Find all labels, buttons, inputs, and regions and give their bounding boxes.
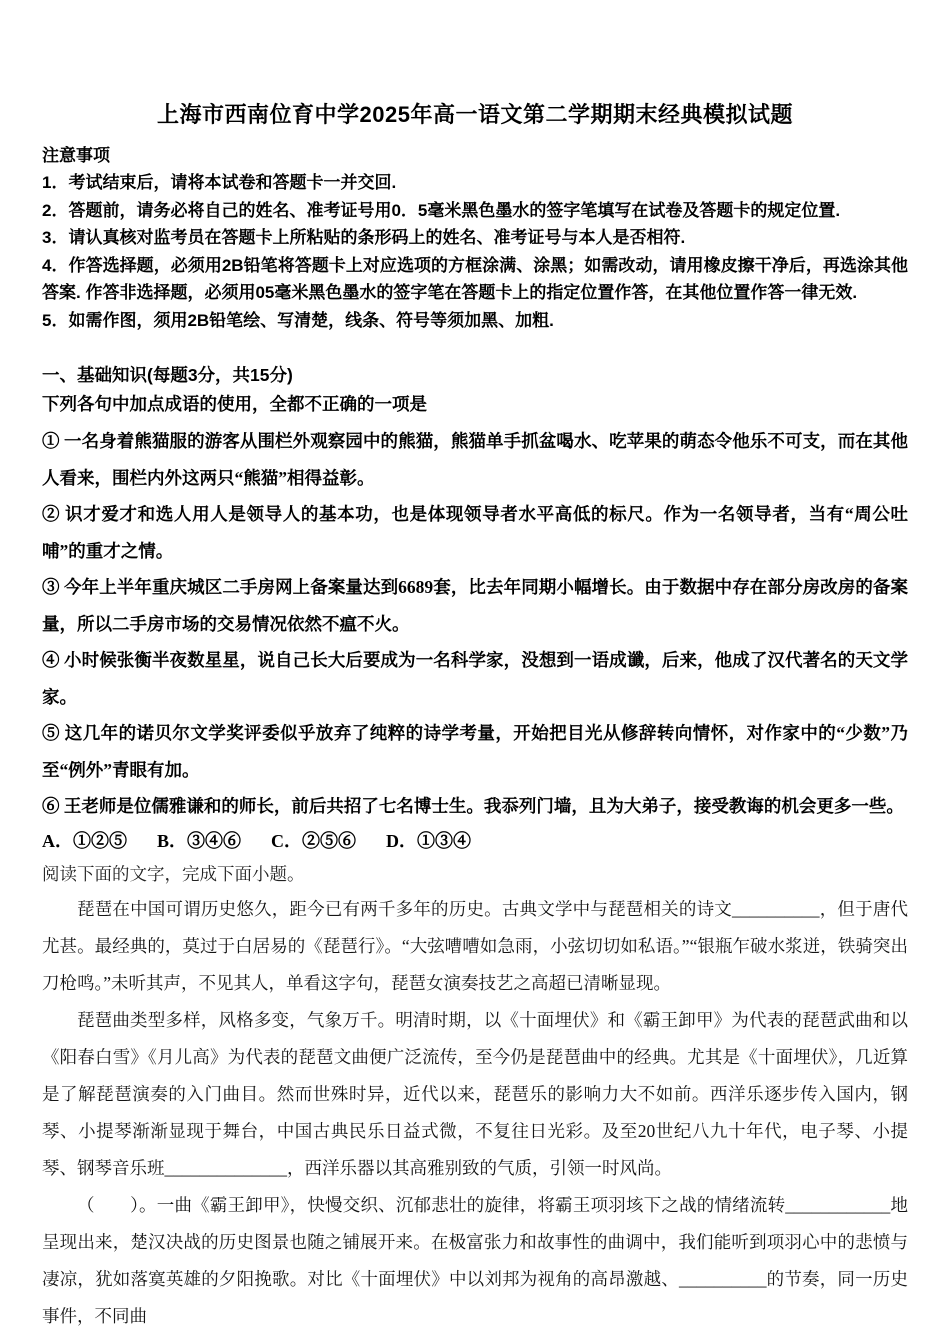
- exam-page: 上海市西南位育中学2025年高一语文第二学期期末经典模拟试题 注意事项 1．考试…: [0, 0, 950, 1344]
- notice-item: 2．答题前，请务必将自己的姓名、准考证号用0．5毫米黑色墨水的签字笔填写在试卷及…: [42, 197, 908, 225]
- page-title: 上海市西南位育中学2025年高一语文第二学期期末经典模拟试题: [42, 100, 908, 130]
- reading-prompt: 阅读下面的文字，完成下面小题。: [42, 858, 908, 891]
- sentence-item: ⑥ 王老师是位儒雅谦和的师长，前后共招了七名博士生。我忝列门墙，且为大弟子，接受…: [42, 788, 908, 825]
- passage-paragraph: （ ）。一曲《霸王卸甲》，快慢交织、沉郁悲壮的旋律，将霸王项羽垓下之战的情绪流转…: [42, 1187, 908, 1335]
- passage-paragraph: 琵琶在中国可谓历史悠久，距今已有两千多年的历史。古典文学中与琵琶相关的诗文___…: [42, 891, 908, 1002]
- section-one-heading: 一、基础知识(每题3分，共15分): [42, 361, 908, 390]
- sentence-item: ③ 今年上半年重庆城区二手房网上备案量达到6689套，比去年同期小幅增长。由于数…: [42, 569, 908, 642]
- sentence-item: ① 一名身着熊猫服的游客从围栏外观察园中的熊猫，熊猫单手抓盆喝水、吃苹果的萌态令…: [42, 423, 908, 496]
- option-b: B．③④⑥: [157, 825, 241, 858]
- notice-item: 1．考试结束后，请将本试卷和答题卡一并交回.: [42, 169, 908, 197]
- notice-item: 4．作答选择题，必须用2B铅笔将答题卡上对应选项的方框涂满、涂黑；如需改动，请用…: [42, 252, 908, 307]
- question-stem: 下列各句中加点成语的使用，全都不正确的一项是: [42, 390, 908, 419]
- idiom-sentences: ① 一名身着熊猫服的游客从围栏外观察园中的熊猫，熊猫单手抓盆喝水、吃苹果的萌态令…: [42, 423, 908, 825]
- answer-options-line: A．①②⑤ B．③④⑥ C．②⑤⑥ D．①③④: [42, 825, 908, 858]
- option-a: A．①②⑤: [42, 825, 127, 858]
- option-c: C．②⑤⑥: [271, 825, 356, 858]
- sentence-item: ② 识才爱才和选人用人是领导人的基本功，也是体现领导者水平高低的标尺。作为一名领…: [42, 496, 908, 569]
- option-d: D．①③④: [386, 825, 471, 858]
- sentence-item: ④ 小时候张衡半夜数星星，说自己长大后要成为一名科学家，没想到一语成谶，后来，他…: [42, 642, 908, 715]
- sentence-item: ⑤ 这几年的诺贝尔文学奖评委似乎放弃了纯粹的诗学考量，开始把目光从修辞转向情怀，…: [42, 715, 908, 788]
- notice-heading: 注意事项: [42, 142, 908, 169]
- notice-item: 5．如需作图，须用2B铅笔绘、写清楚，线条、符号等须加黑、加粗.: [42, 307, 908, 335]
- passage-paragraph: 琵琶曲类型多样，风格多变，气象万千。明清时期，以《十面埋伏》和《霸王卸甲》为代表…: [42, 1002, 908, 1187]
- notice-section: 注意事项 1．考试结束后，请将本试卷和答题卡一并交回. 2．答题前，请务必将自己…: [42, 142, 908, 334]
- reading-passage: 琵琶在中国可谓历史悠久，距今已有两千多年的历史。古典文学中与琵琶相关的诗文___…: [42, 891, 908, 1335]
- notice-item: 3．请认真核对监考员在答题卡上所粘贴的条形码上的姓名、准考证号与本人是否相符.: [42, 224, 908, 252]
